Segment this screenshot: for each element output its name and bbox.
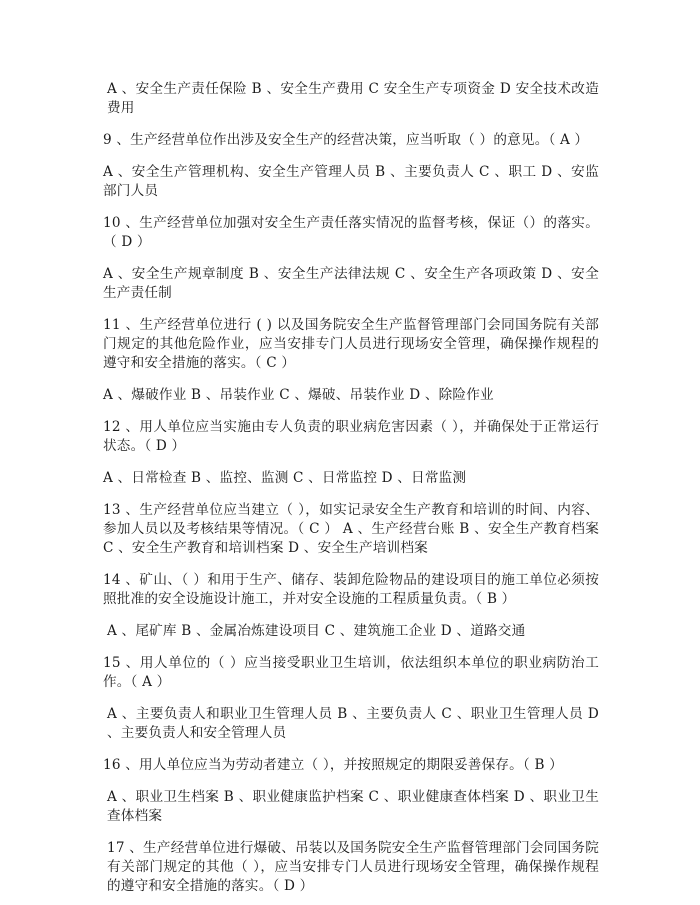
q15-options: A 、主要负责人和职业卫生管理人员 B 、主要负责人 C 、职业卫生管理人员 D… <box>103 705 599 743</box>
q10-options: A 、安全生产规章制度 B 、安全生产法律法规 C 、安全生产各项政策 D 、安… <box>103 265 599 303</box>
q9-options: A 、安全生产管理机构、安全生产管理人员 B 、主要负责人 C 、职工 D 、安… <box>103 163 599 201</box>
q14-question: 14 、矿山、（ ）和用于生产、储存、装卸危险物品的建设项目的施工单位必须按照批… <box>103 571 599 609</box>
q13-question: 13 、生产经营单位应当建立（ ），如实记录安全生产教育和培训的时间、内容、参加… <box>103 501 599 558</box>
q12-question: 12 、用人单位应当实施由专人负责的职业病危害因素（ ），并确保处于正常运行状态… <box>103 418 599 456</box>
q17-question: 17 、生产经营单位进行爆破、吊装以及国务院安全生产监督管理部门会同国务院有关部… <box>103 839 599 896</box>
q14-options: A 、尾矿库 B 、金属冶炼建设项目 C 、建筑施工企业 D 、道路交通 <box>103 622 599 641</box>
q10-question: 10 、生产经营单位加强对安全生产责任落实情况的监督考核，保证（）的落实。（ D… <box>103 214 599 252</box>
q12-options: A 、日常检查 B 、监控、监测 C 、日常监控 D 、日常监测 <box>103 469 599 488</box>
q8-options: A 、安全生产责任保险 B 、安全生产费用 C 安全生产专项资金 D 安全技术改… <box>103 80 599 118</box>
q9-question: 9 、生产经营单位作出涉及安全生产的经营决策，应当听取（ ）的意见。（ A ） <box>103 131 599 150</box>
q15-question: 15 、用人单位的（ ）应当接受职业卫生培训，依法组织本单位的职业病防治工作。（… <box>103 654 599 692</box>
document-page: A 、安全生产责任保险 B 、安全生产费用 C 安全生产专项资金 D 安全技术改… <box>103 80 599 905</box>
q16-options: A 、职业卫生档案 B 、职业健康监护档案 C 、职业健康查体档案 D 、职业卫… <box>103 788 599 826</box>
q11-options: A 、爆破作业 B 、吊装作业 C 、爆破、吊装作业 D 、除险作业 <box>103 386 599 405</box>
q11-question: 11 、生产经营单位进行 ( ) 以及国务院安全生产监督管理部门会同国务院有关部… <box>103 316 599 373</box>
q16-question: 16 、用人单位应当为劳动者建立（ ），并按照规定的期限妥善保存。（ B ） <box>103 756 599 775</box>
